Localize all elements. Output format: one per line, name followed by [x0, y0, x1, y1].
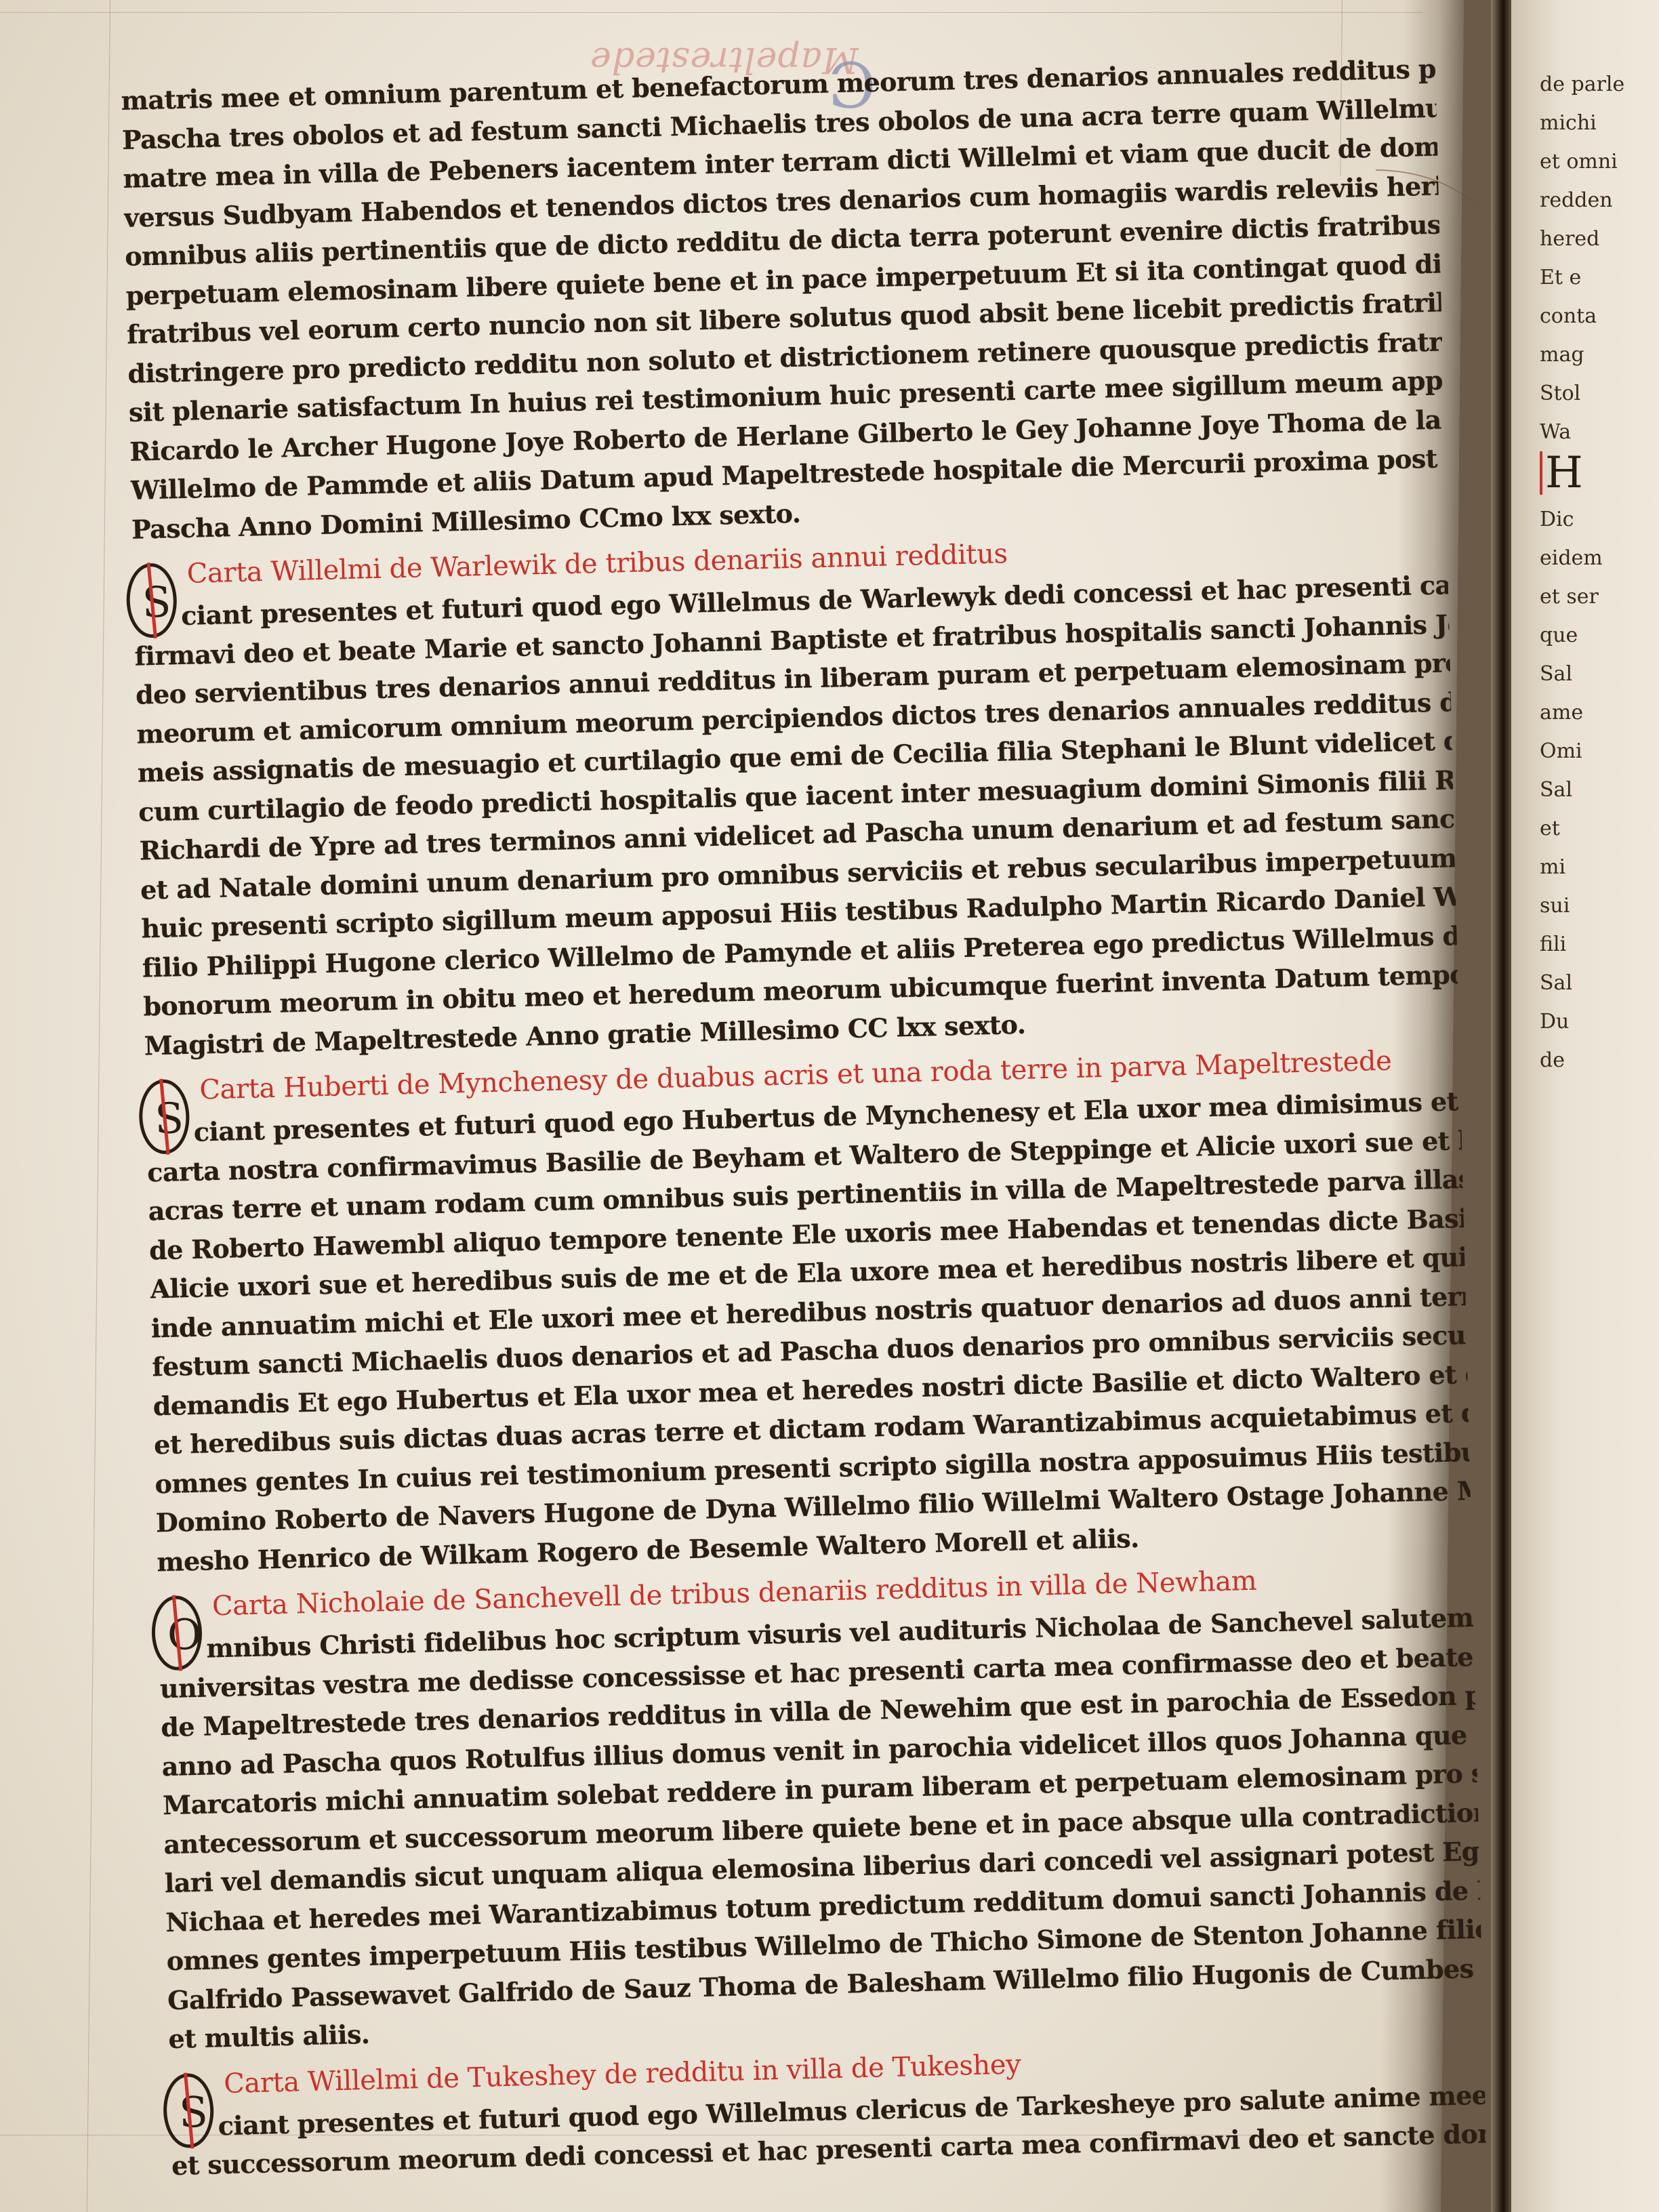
book-gutter — [1491, 0, 1514, 2212]
initial-letter: S — [142, 577, 171, 627]
ruling-line-top — [0, 12, 1423, 13]
facing-fragment: hered — [1540, 220, 1659, 258]
facing-fragment: conta — [1540, 297, 1659, 335]
initial-letter: S — [155, 1093, 184, 1143]
facing-fragment: sui — [1540, 886, 1659, 925]
decorated-initial: S — [163, 2072, 215, 2148]
facing-fragment: Et e — [1540, 258, 1659, 297]
initial-letter: S — [178, 2087, 208, 2137]
facing-fragment: mi — [1540, 848, 1659, 886]
facing-page-text: de parle michi et omni redden hered Et e… — [1540, 65, 1659, 1080]
manuscript-spread: Mapeltrestede C matris mee et omnium par… — [0, 0, 1659, 2212]
facing-fragment: ame — [1540, 693, 1659, 732]
facing-fragment: michi — [1540, 104, 1659, 142]
facing-fragment: Omi — [1540, 732, 1659, 771]
facing-fragment: que — [1540, 616, 1659, 655]
facing-fragment: de parle — [1540, 65, 1659, 104]
charter-sanchevell: O Carta Nicholaie de Sanchevell de tribu… — [157, 1557, 1483, 2059]
facing-fragment: redden — [1540, 181, 1659, 220]
charter-mynchenesy: S Carta Huberti de Mynchenesy de duabus … — [145, 1041, 1472, 1581]
facing-fragment: Dic — [1540, 500, 1659, 539]
facing-fragment: mag — [1540, 335, 1659, 374]
facing-fragment: Wa — [1540, 413, 1659, 451]
charter-warlewik: S Carta Willelmi de Warlewik de tribus d… — [132, 525, 1459, 1065]
facing-initial: H — [1540, 451, 1583, 495]
facing-fragment: eidem — [1540, 539, 1659, 577]
facing-fragment: et ser — [1540, 577, 1659, 616]
text-block: matris mee et omnium parentum et benefac… — [121, 49, 1486, 2186]
facing-fragment: et — [1540, 809, 1659, 848]
facing-fragment: fili — [1540, 925, 1659, 964]
charter-continuation: matris mee et omnium parentum et benefac… — [121, 49, 1446, 549]
facing-fragment: et omni — [1540, 142, 1659, 181]
facing-fragment: Sal — [1540, 771, 1659, 809]
facing-fragment: Sal — [1540, 655, 1659, 693]
facing-fragment: Stol — [1540, 374, 1659, 413]
facing-fragment: de — [1540, 1041, 1659, 1080]
facing-fragment: Du — [1540, 1002, 1659, 1041]
initial-letter: O — [167, 1610, 203, 1660]
ruling-line-left — [87, 0, 110, 2212]
facing-fragment: Sal — [1540, 964, 1659, 1002]
